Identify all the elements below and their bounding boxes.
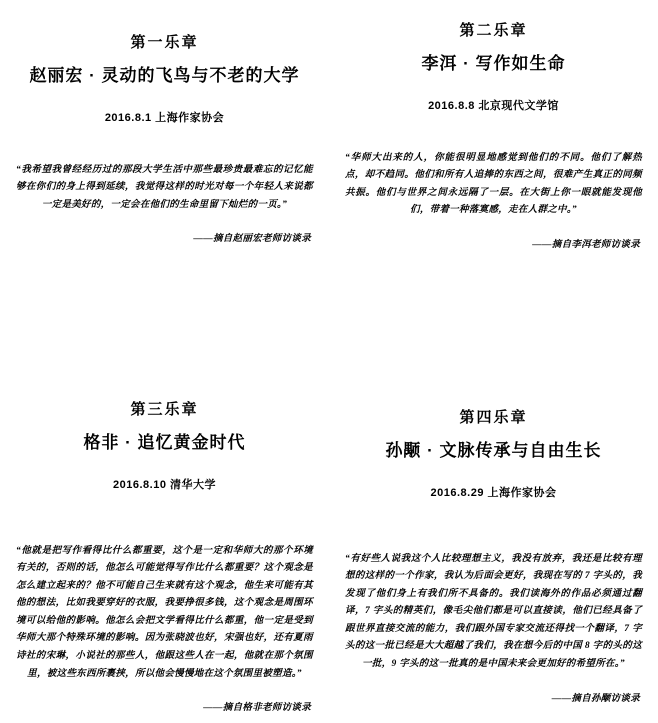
chapter-heading: 第三乐章	[12, 401, 317, 419]
quote-text: “他就是把写作看得比什么都重要，这个是一定和华师大的那个环境有关的，否则的话，他…	[16, 543, 313, 684]
section-date-venue: 2016.8.10 清华大学	[12, 479, 317, 492]
section-chapter-1: 第一乐章 赵丽宏 · 灵动的飞鸟与不老的大学 2016.8.1 上海作家协会 “…	[0, 0, 329, 361]
quote-text: “华师大出来的人，你能很明显地感觉到他们的不同。他们了解热点，却不趋同。他们和所…	[345, 150, 642, 220]
quote-attribution: ——摘自孙颙访谈录	[341, 690, 646, 704]
section-date-venue: 2016.8.1 上海作家协会	[12, 112, 317, 125]
section-date-venue: 2016.8.8 北京现代文学馆	[341, 100, 646, 113]
quote-attribution: ——摘自赵丽宏老师访谈录	[12, 230, 317, 244]
chapter-heading: 第一乐章	[12, 34, 317, 52]
section-date-venue: 2016.8.29 上海作家协会	[341, 487, 646, 500]
section-title: 孙颙 · 文脉传承与自由生长	[341, 441, 646, 461]
section-chapter-2: 第二乐章 李洱 · 写作如生命 2016.8.8 北京现代文学馆 “华师大出来的…	[329, 0, 658, 361]
quote-text: “我希望我曾经经历过的那段大学生活中那些最珍贵最难忘的记忆能够在你们的身上得到延…	[16, 162, 313, 215]
document-page: 第一乐章 赵丽宏 · 灵动的飞鸟与不老的大学 2016.8.1 上海作家协会 “…	[0, 0, 658, 723]
section-chapter-4: 第四乐章 孙颙 · 文脉传承与自由生长 2016.8.29 上海作家协会 “有好…	[329, 361, 658, 723]
section-title: 赵丽宏 · 灵动的飞鸟与不老的大学	[12, 66, 317, 86]
section-chapter-3: 第三乐章 格非 · 追忆黄金时代 2016.8.10 清华大学 “他就是把写作看…	[0, 361, 329, 723]
quote-attribution: ——摘自李洱老师访谈录	[341, 236, 646, 250]
chapter-heading: 第二乐章	[341, 22, 646, 40]
quote-attribution: ——摘自格非老师访谈录	[12, 699, 317, 713]
section-title: 格非 · 追忆黄金时代	[12, 433, 317, 453]
section-title: 李洱 · 写作如生命	[341, 54, 646, 74]
chapter-heading: 第四乐章	[341, 409, 646, 427]
quote-text: “有好些人说我这个人比较理想主义，我没有放弃，我还是比较有理想的这样的一个作家，…	[345, 551, 642, 674]
